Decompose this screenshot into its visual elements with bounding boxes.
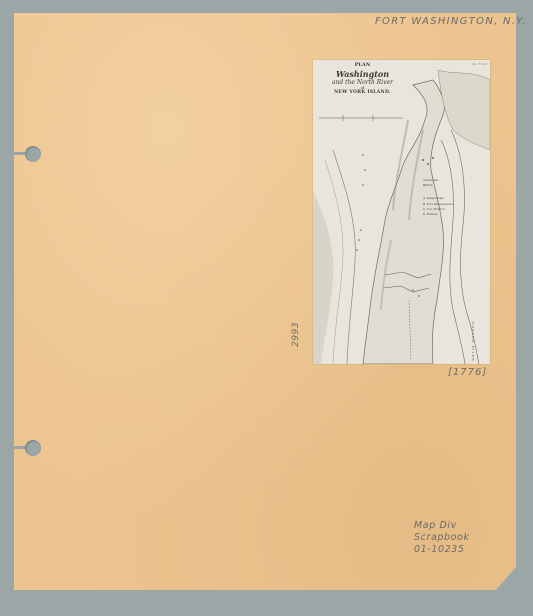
accession-note: Map Div Scrapbook 01-10235 [414,520,470,556]
map-title-line: NEW YORK ISLAND. [315,90,410,95]
date-label: [1776] [448,367,487,378]
map-title-line: and the North River [315,79,410,86]
binder-hole-top [25,146,41,162]
map-drawing [313,60,490,364]
map-reference-mark: No. 77-50 [472,62,487,66]
map-print: No. 77-50 PLAN Washington and the North … [313,60,490,364]
legend-item: D. Harlem [423,212,454,217]
page-title-label: FORT WASHINGTON, N.Y. [375,16,527,27]
binder-hole-bottom [25,440,41,456]
river-label: HARLEM RIVER [471,322,475,362]
map-title-line: PLAN [315,62,410,68]
map-title: PLAN Washington and the North River of N… [315,62,410,95]
call-number: 2993 [291,322,301,347]
map-legend: Americans British A. Kingsbridge B. Fort… [423,178,454,217]
map-title-line: Washington [315,69,410,79]
